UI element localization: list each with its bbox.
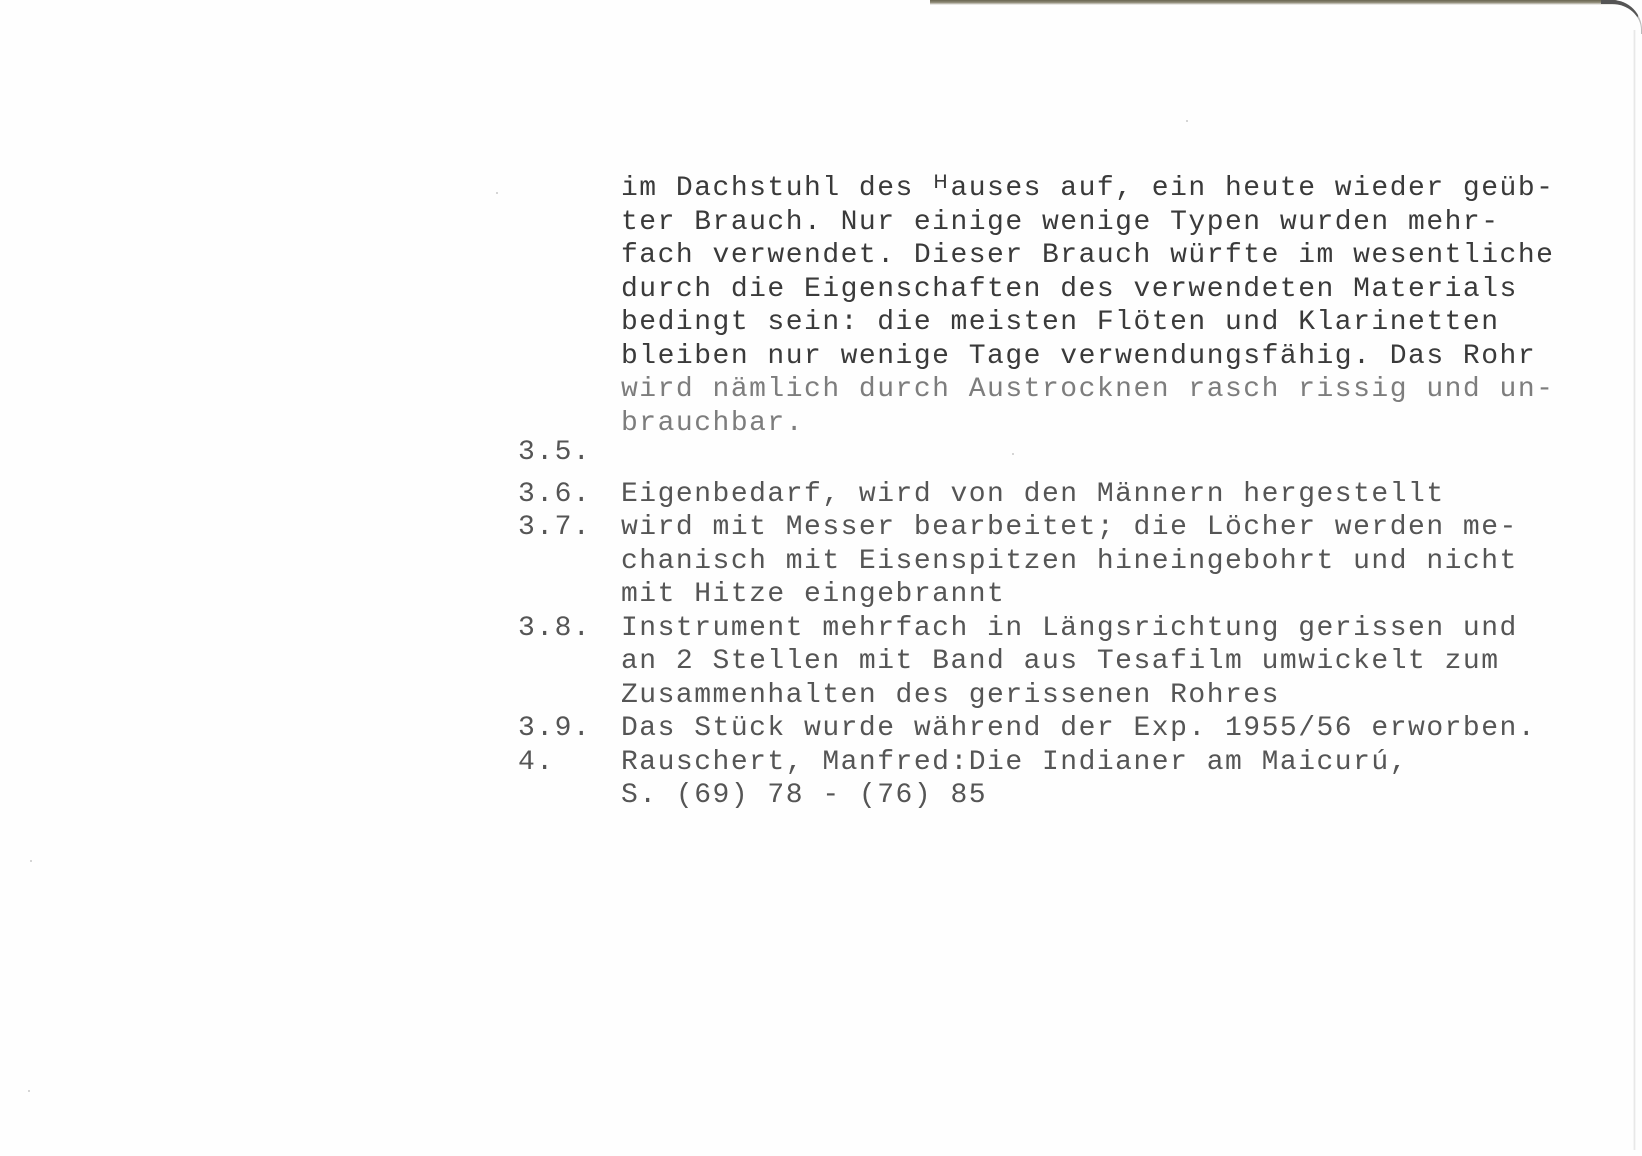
numbered-item: 4.Rauschert, Manfred:Die Indianer am Mai… <box>518 746 1536 813</box>
item-text-line: wird mit Messer bearbeitet; die Löcher w… <box>621 511 1518 545</box>
text-line: im Dachstuhl des ᴴauses auf, ein heute w… <box>621 172 1554 206</box>
card-corner <box>1601 0 1642 34</box>
numbered-item: 3.8.Instrument mehrfach in Längsrichtung… <box>518 612 1536 713</box>
numbered-item: 3.6.Eigenbedarf, wird von den Männern he… <box>518 478 1536 512</box>
numbered-item: 3.9.Das Stück wurde während der Exp. 195… <box>518 712 1536 746</box>
card-right-edge <box>1633 30 1636 1150</box>
text-line: wird nämlich durch Austrocknen rasch ris… <box>621 373 1554 407</box>
paper-speck <box>30 860 32 862</box>
text-line: brauchbar. <box>621 407 1554 441</box>
item-text-line: S. (69) 78 - (76) 85 <box>621 779 1408 813</box>
item-text-line: Rauschert, Manfred:Die Indianer am Maicu… <box>621 746 1408 780</box>
item-number: 3.8. <box>518 612 621 646</box>
numbered-item: 3.7.wird mit Messer bearbeitet; die Löch… <box>518 511 1536 612</box>
numbered-item: 3.5. <box>518 436 1536 470</box>
item-text-line: mit Hitze eingebrannt <box>621 578 1518 612</box>
item-text-line: Eigenbedarf, wird von den Männern herges… <box>621 478 1445 512</box>
text-line: bedingt sein: die meisten Flöten und Kla… <box>621 306 1554 340</box>
text-line: ter Brauch. Nur einige wenige Typen wurd… <box>621 206 1554 240</box>
paper-speck <box>496 192 498 194</box>
item-text-line: chanisch mit Eisenspitzen hineingebohrt … <box>621 545 1518 579</box>
item-text-line: an 2 Stellen mit Band aus Tesafilm umwic… <box>621 645 1518 679</box>
paragraph-continuation: im Dachstuhl des ᴴauses auf, ein heute w… <box>621 172 1554 440</box>
paper-speck <box>1186 120 1188 122</box>
scanned-index-card: im Dachstuhl des ᴴauses auf, ein heute w… <box>0 0 1642 1156</box>
item-number: 3.6. <box>518 478 621 512</box>
text-line: bleiben nur wenige Tage verwendungsfähig… <box>621 340 1554 374</box>
item-number: 3.5. <box>518 436 621 470</box>
numbered-items: 3.5.3.6.Eigenbedarf, wird von den Männer… <box>518 436 1536 813</box>
item-number: 3.9. <box>518 712 621 746</box>
item-number: 3.7. <box>518 511 621 545</box>
item-text-line: Zusammenhalten des gerissenen Rohres <box>621 679 1518 713</box>
item-text-line: Instrument mehrfach in Längsrichtung ger… <box>621 612 1518 646</box>
paper-speck <box>28 1090 30 1092</box>
card-top-edge-shadow <box>930 0 1620 5</box>
text-line: fach verwendet. Dieser Brauch würfte im … <box>621 239 1554 273</box>
item-number: 4. <box>518 746 621 780</box>
text-line: durch die Eigenschaften des verwendeten … <box>621 273 1554 307</box>
item-text-line: Das Stück wurde während der Exp. 1955/56… <box>621 712 1536 746</box>
